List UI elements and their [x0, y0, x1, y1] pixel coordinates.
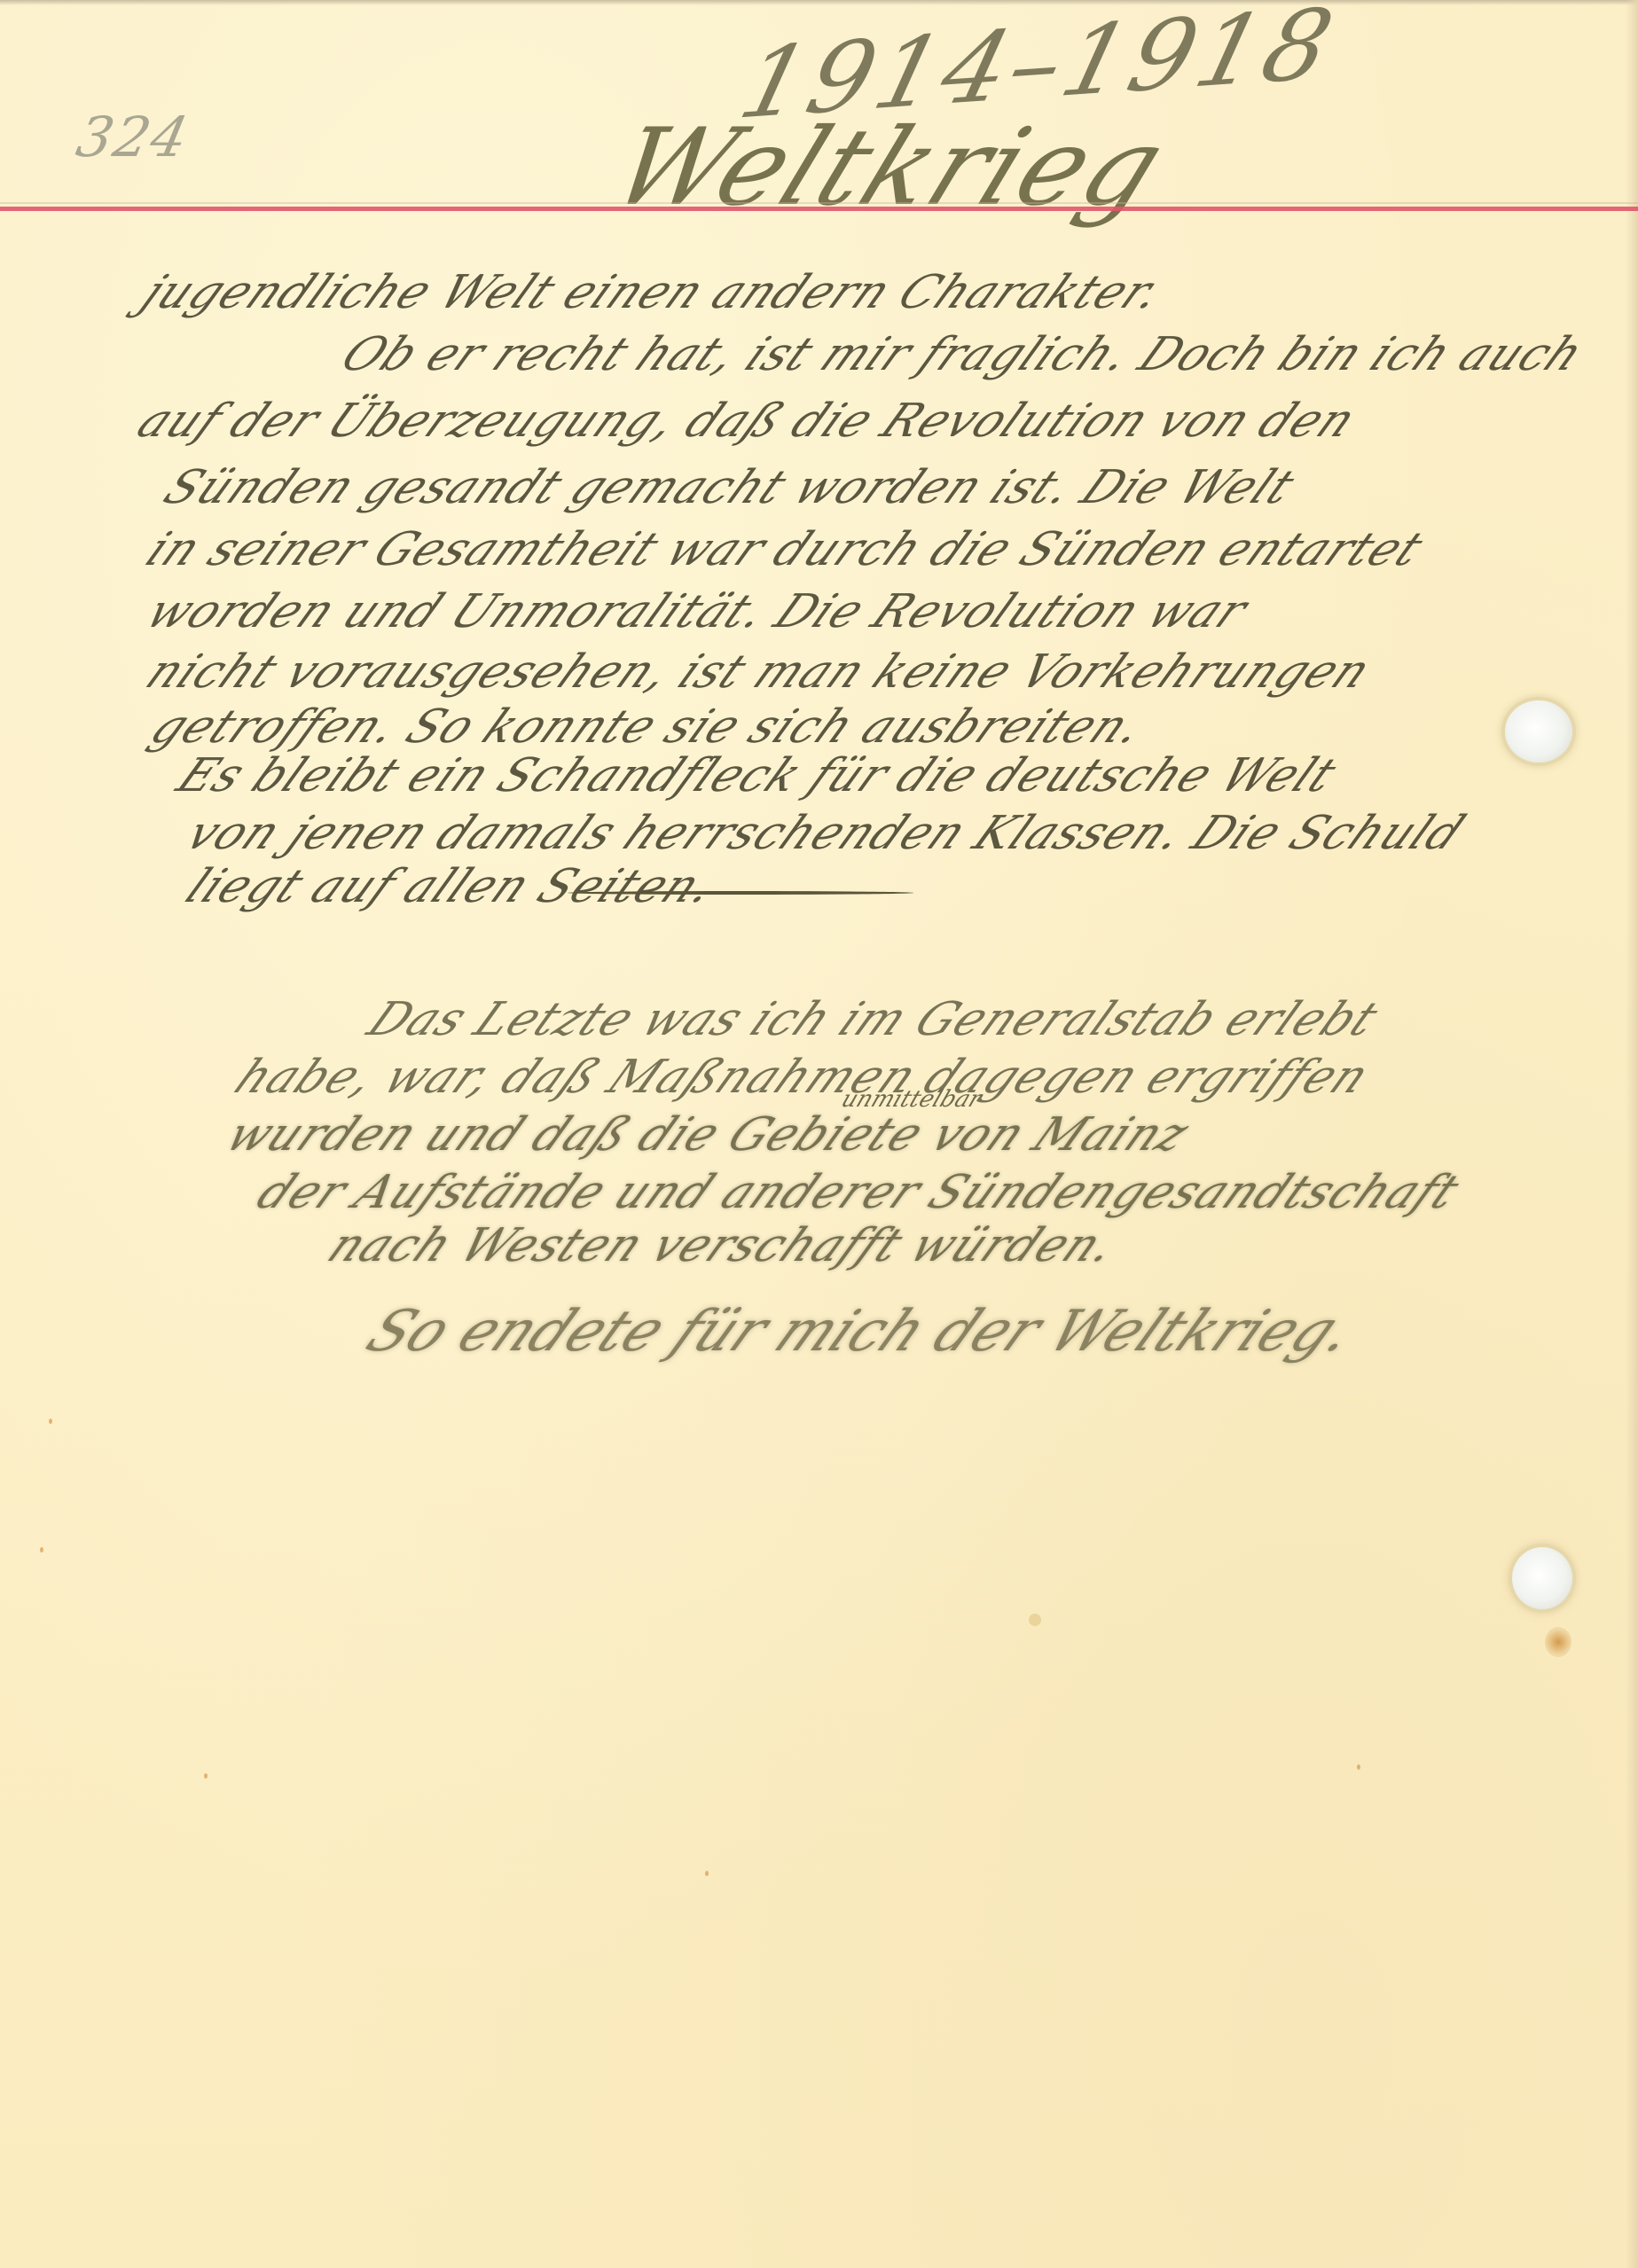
foxing-spot: [40, 1547, 43, 1552]
handwritten-line: von jenen damals herrschenden Klassen. D…: [176, 807, 1474, 860]
foxing-spot: [49, 1419, 52, 1424]
handwritten-line: der Aufstände und anderer Sündengesandts…: [247, 1166, 1469, 1219]
handwritten-line: nicht vorausgesehen, ist man keine Vorke…: [137, 645, 1381, 699]
punch-hole-upper: [1505, 700, 1572, 763]
rule-shadow: [0, 202, 1638, 204]
closing-line: So endete für mich der Weltkrieg.: [355, 1299, 1368, 1365]
foxing-spot: [1029, 1614, 1041, 1626]
punch-hole-lower: [1512, 1547, 1572, 1609]
handwritten-line: liegt auf allen Seiten.: [176, 860, 726, 913]
handwritten-line: nach Westen verschafft würden.: [318, 1219, 1127, 1272]
red-header-rule: [0, 207, 1638, 211]
handwritten-line: jugendliche Welt einen andern Charakter.: [132, 266, 1173, 319]
handwritten-line: Das Letzte was ich im Generalstab erlebt: [358, 993, 1388, 1046]
paper-right-edge: [1626, 0, 1638, 2268]
foxing-spot: [204, 1773, 208, 1779]
foxing-spot: [1357, 1764, 1360, 1770]
handwritten-line: worden und Unmoralität. Die Revolution w…: [137, 585, 1258, 638]
handwritten-line: Es bleibt ein Schandfleck für die deutsc…: [168, 749, 1346, 802]
handwritten-line: Ob er recht hat, ist mir fraglich. Doch …: [332, 328, 1594, 381]
handwritten-line: getroffen. So konnte sie sich ausbreiten…: [141, 700, 1155, 754]
handwritten-line: wurden und daß die Gebiete von Mainz: [216, 1108, 1199, 1161]
header-title: Weltkrieg: [596, 106, 1183, 230]
handwritten-line: in seiner Gesamtheit war durch die Sünde…: [137, 523, 1433, 576]
paper-page: 324 1914–1918 Weltkrieg jugendliche Welt…: [0, 0, 1638, 2268]
page-number: 324: [71, 105, 195, 169]
handwritten-line: habe, war, daß Maßnahmen dagegen ergriff…: [225, 1051, 1379, 1104]
paper-top-edge: [0, 0, 1638, 5]
end-swash: [568, 891, 913, 895]
handwritten-line: auf der Überzeugung, daß die Revolution …: [128, 395, 1366, 448]
rust-stain: [1545, 1627, 1571, 1657]
foxing-spot: [705, 1871, 709, 1876]
handwritten-line: Sünden gesandt gemacht worden ist. Die W…: [154, 461, 1305, 514]
